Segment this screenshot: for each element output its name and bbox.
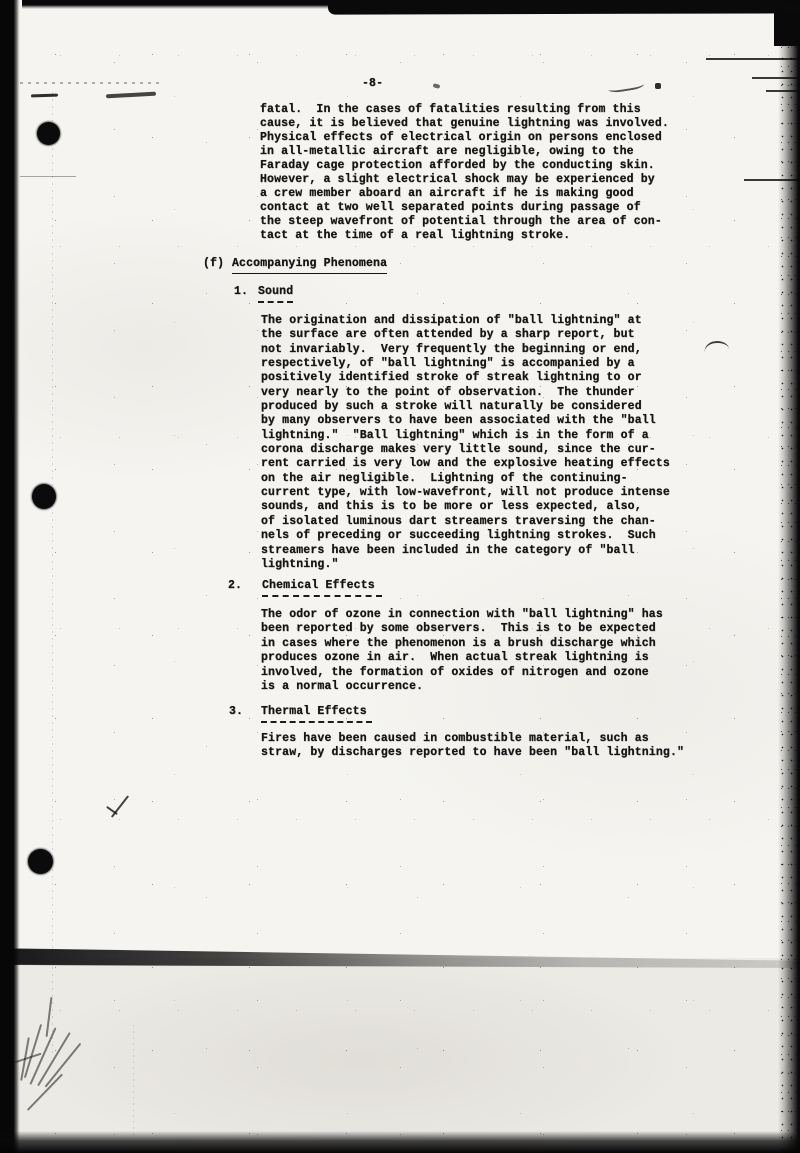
typewritten-content: -8- fatal. In the cases of fatalities re… xyxy=(0,0,800,1153)
edge-tick-mark xyxy=(706,58,798,60)
section-title: Accompanying Phenomena xyxy=(232,257,387,274)
hole-punch xyxy=(32,484,56,509)
chemical-effects-paragraph: The odor of ozone in connection with "ba… xyxy=(261,608,663,694)
section-f-heading: (f) Accompanying Phenomena xyxy=(203,257,387,274)
pencil-scribbles xyxy=(12,995,92,1125)
scanned-document-page: -8- fatal. In the cases of fatalities re… xyxy=(0,0,800,1153)
item-heading-thermal-effects: 3. Thermal Effects xyxy=(229,705,372,723)
item-title: Sound xyxy=(258,285,293,303)
hole-punch xyxy=(37,122,60,145)
item-number: 2. xyxy=(228,579,262,593)
scan-edge-right xyxy=(778,0,800,1153)
scan-scratch xyxy=(20,176,76,177)
edge-tick-mark xyxy=(744,179,800,181)
scan-edge-bottom xyxy=(0,1131,800,1153)
scan-edge-left xyxy=(0,0,20,1153)
pencil-x-mark xyxy=(106,793,136,821)
item-heading-chemical-effects: 2. Chemical Effects xyxy=(228,579,382,597)
edge-tick-mark xyxy=(752,77,800,79)
item-title: Chemical Effects xyxy=(262,579,382,597)
hole-punch xyxy=(28,849,53,874)
item-number: 1. xyxy=(234,285,258,299)
scan-edge-top-thick xyxy=(328,0,794,15)
scan-dotted-line xyxy=(20,82,162,84)
intro-paragraph: fatal. In the cases of fatalities result… xyxy=(260,103,669,243)
item-number: 3. xyxy=(229,705,261,719)
edge-tick-mark xyxy=(766,90,800,92)
page-number: -8- xyxy=(362,77,383,91)
item-title: Thermal Effects xyxy=(261,705,372,723)
ink-speck xyxy=(655,83,661,89)
item-heading-sound: 1. Sound xyxy=(234,285,293,303)
thermal-effects-paragraph: Fires have been caused in combustible ma… xyxy=(261,732,684,761)
sound-paragraph: The origination and dissipation of "ball… xyxy=(261,314,670,572)
section-label: (f) xyxy=(203,257,232,271)
